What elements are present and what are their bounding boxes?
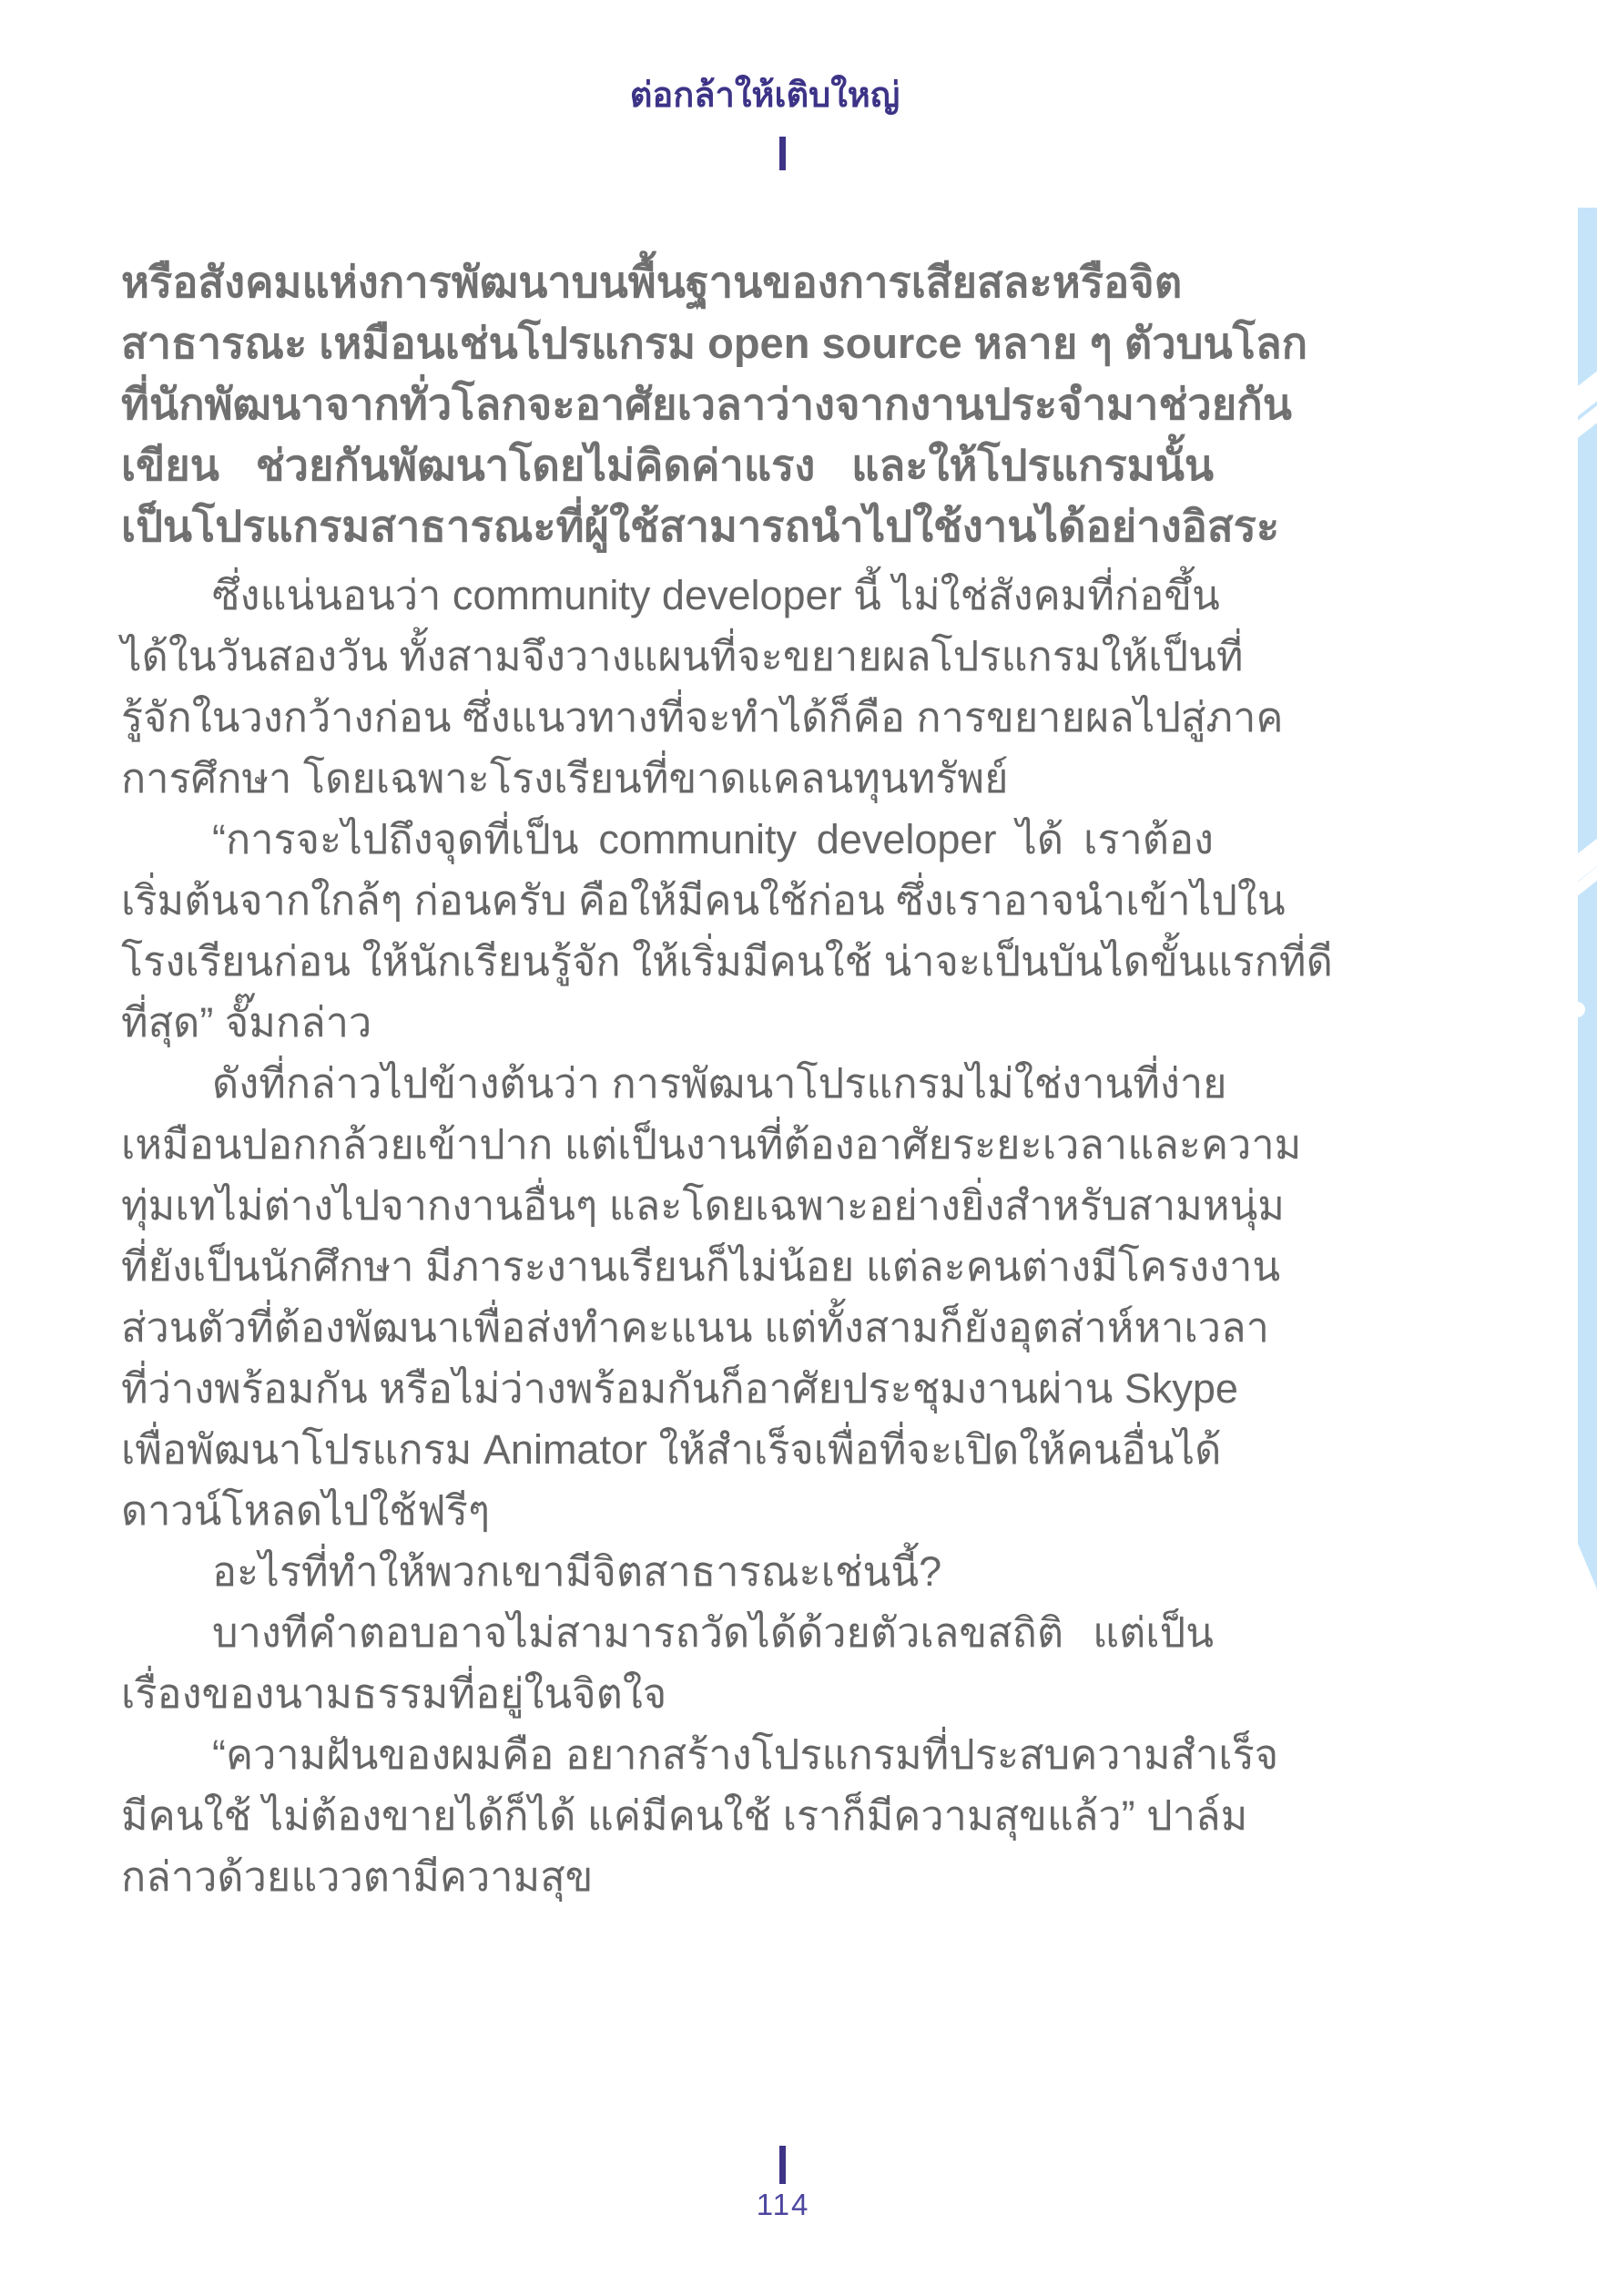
page-number: 114 xyxy=(0,2188,1566,2222)
footer-divider xyxy=(779,2146,786,2184)
paragraph-line: โรงเรียนก่อน ให้นักเรียนรู้จัก ให้เริ่มม… xyxy=(121,931,1214,992)
paragraph-line: ดังที่กล่าวไปข้างต้นว่า การพัฒนาโปรแกรมไ… xyxy=(121,1053,1214,1114)
paragraph-line: เหมือนปอกกล้วยเข้าปาก แต่เป็นงานที่ต้องอ… xyxy=(121,1114,1214,1175)
paragraph-line: ที่ยังเป็นนักศึกษา มีภาระงานเรียนก็ไม่น้… xyxy=(121,1236,1214,1297)
page-header-title: ต่อกล้าให้เติบใหญ่ xyxy=(0,64,1530,128)
body-paragraph: อะไรที่ทำให้พวกเขามีจิตสาธารณะเช่นนี้? xyxy=(121,1541,1214,1602)
body-paragraph: ซึ่งแน่นอนว่า community developer นี้ ไม… xyxy=(121,565,1214,809)
paragraph-line: ทุ่มเทไม่ต่างไปจากงานอื่นๆ และโดยเฉพาะอย… xyxy=(121,1175,1214,1236)
paragraph-line: เรื่องของนามธรรมที่อยู่ในจิตใจ xyxy=(121,1663,1214,1724)
paragraph-line: บางทีคำตอบอาจไม่สามารถวัดได้ด้วยตัวเลขสถ… xyxy=(121,1602,1214,1663)
header-divider xyxy=(779,137,786,170)
body-paragraph: บางทีคำตอบอาจไม่สามารถวัดได้ด้วยตัวเลขสถ… xyxy=(121,1602,1214,1724)
paragraph-line: เป็นโปรแกรมสาธารณะที่ผู้ใช้สามารถนำไปใช้… xyxy=(121,495,1214,556)
paragraph-line: ที่ว่างพร้อมกัน หรือไม่ว่างพร้อมกันก็อาศ… xyxy=(121,1358,1214,1419)
paragraph-line: “ความฝันของผมคือ อยากสร้างโปรแกรมที่ประส… xyxy=(121,1724,1214,1785)
paragraph-line: ส่วนตัวที่ต้องพัฒนาเพื่อส่งทำคะแนน แต่ทั… xyxy=(121,1297,1214,1358)
paragraph-line: กล่าวด้วยแววตามีความสุข xyxy=(121,1846,1214,1907)
body-paragraph: ดังที่กล่าวไปข้างต้นว่า การพัฒนาโปรแกรมไ… xyxy=(121,1053,1214,1541)
paragraph-line: มีคนใช้ ไม่ต้องขายได้ก็ได้ แค่มีคนใช้ เร… xyxy=(121,1785,1214,1846)
paragraph-line: เพื่อพัฒนาโปรแกรม Animator ให้สำเร็จเพื่… xyxy=(121,1419,1214,1480)
paragraph-line: เริ่มต้นจากใกล้ๆ ก่อนครับ คือให้มีคนใช้ก… xyxy=(121,870,1214,931)
lead-paragraph: หรือสังคมแห่งการพัฒนาบนพื้นฐานของการเสีย… xyxy=(121,251,1214,556)
paragraph-line: ดาวน์โหลดไปใช้ฟรีๆ xyxy=(121,1480,1214,1541)
body-paragraph: “ความฝันของผมคือ อยากสร้างโปรแกรมที่ประส… xyxy=(121,1724,1214,1907)
paragraph-line: การศึกษา โดยเฉพาะโรงเรียนที่ขาดแคลนทุนทร… xyxy=(121,748,1214,809)
paragraph-line: ที่สุด” จั๊มกล่าว xyxy=(121,992,1214,1053)
decorative-side-strip xyxy=(1578,208,1597,1589)
paragraph-line: สาธารณะ เหมือนเช่นโปรแกรม open source หล… xyxy=(121,312,1214,373)
body-paragraph: “การจะไปถึงจุดที่เป็น community develope… xyxy=(121,809,1214,1053)
text-column: หรือสังคมแห่งการพัฒนาบนพื้นฐานของการเสีย… xyxy=(121,251,1214,1907)
paragraph-line: รู้จักในวงกว้างก่อน ซึ่งแนวทางที่จะทำได้… xyxy=(121,687,1214,748)
paragraph-line: ซึ่งแน่นอนว่า community developer นี้ ไม… xyxy=(121,565,1214,626)
book-page: ต่อกล้าให้เติบใหญ่ หรือสังคมแห่งการพัฒนา… xyxy=(0,0,1597,2296)
paragraph-line: “การจะไปถึงจุดที่เป็น community develope… xyxy=(121,809,1214,870)
paragraph-line: อะไรที่ทำให้พวกเขามีจิตสาธารณะเช่นนี้? xyxy=(121,1541,1214,1602)
paragraph-line: หรือสังคมแห่งการพัฒนาบนพื้นฐานของการเสีย… xyxy=(121,251,1214,312)
dot-icon xyxy=(1578,999,1588,1021)
paragraph-line: เขียน ช่วยกันพัฒนาโดยไม่คิดค่าแรง และให้… xyxy=(121,434,1214,495)
paragraph-line: ได้ในวันสองวัน ทั้งสามจึงวางแผนที่จะขยาย… xyxy=(121,626,1214,687)
paragraph-line: ที่นักพัฒนาจากทั่วโลกจะอาศัยเวลาว่างจากง… xyxy=(121,373,1214,434)
